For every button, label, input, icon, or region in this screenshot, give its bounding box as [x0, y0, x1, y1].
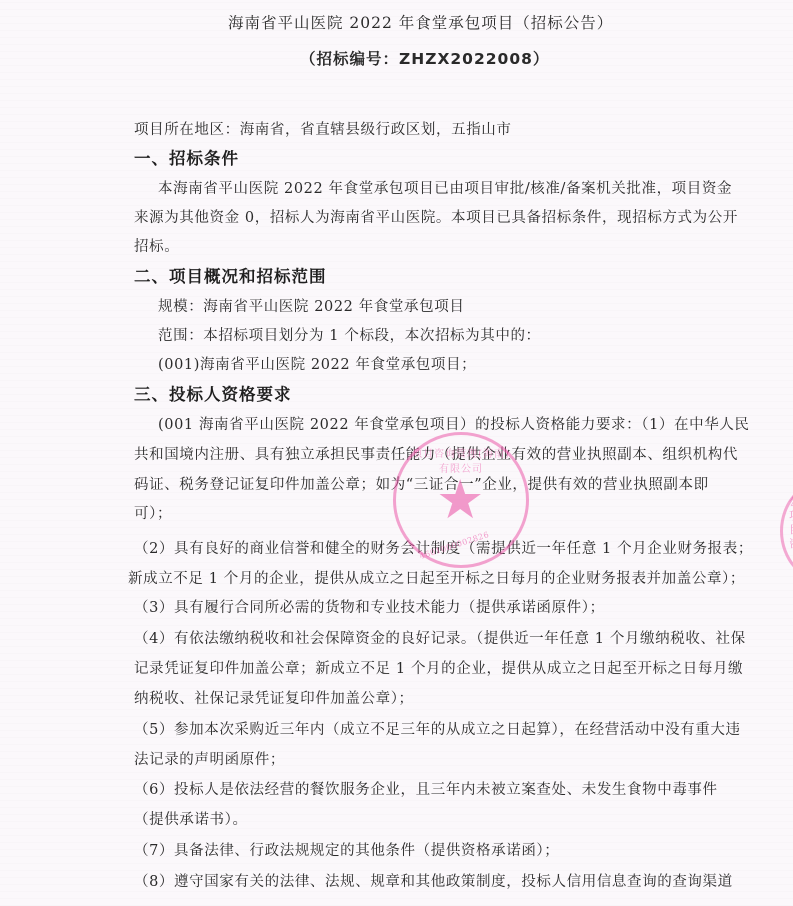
- section-3-line: 码证、税务登记证复印件加盖公章；如为“三证合一”企业，提供有效的营业执照副本即: [134, 476, 709, 494]
- section-3-line: （8）遵守国家有关的法律、法规、规章和其他政策制度，投标人信用信息查询的查询渠道: [134, 873, 733, 891]
- section-3-line: 新成立不足 1 个月的企业，提供从成立之日起至开标之日每月的企业财务报表并加盖公…: [128, 570, 745, 588]
- project-region: 项目所在地区：海南省，省直辖县级行政区划，五指山市: [134, 121, 512, 139]
- section-heading-bidder-qualifications: 三、投标人资格要求: [134, 386, 292, 404]
- section-3-line: （5）参加本次采购近三年内（成立不足三年的从成立之日起算），在经营活动中没有重大…: [134, 721, 741, 739]
- section-1-line: 本海南省平山医院 2022 年食堂承包项目已由项目审批/核准/备案机关批准，项目…: [158, 180, 732, 198]
- section-1-line: 招标。: [134, 238, 179, 256]
- section-3-line: 纳税收、社保记录凭证复印件加盖公章）；: [134, 690, 414, 708]
- bid-number: （招标编号：ZHZX2022008）: [300, 50, 549, 68]
- section-3-line: （2）具有良好的商业信誉和健全的财务会计制度（需提供近一年任意 1 个月企业财务…: [134, 540, 753, 558]
- section-1-line: 来源为其他资金 0，招标人为海南省平山医院。本项目已具备招标条件，现招标方式为公…: [134, 209, 738, 227]
- section-2-line: 范围：本招标项目划分为 1 个标段，本次招标为其中的：: [158, 327, 541, 345]
- section-3-line: （6）投标人是依法经营的餐饮服务企业，且三年内未被立案查处、未发生食物中毒事件: [134, 781, 718, 799]
- document-page: 海南省平山医院 2022 年食堂承包项目（招标公告） （招标编号：ZHZX202…: [0, 0, 793, 906]
- section-3-line: 可）；: [134, 505, 172, 523]
- document-title: 海南省平山医院 2022 年食堂承包项目（招标公告）: [228, 14, 613, 32]
- section-2-line: 规模：海南省平山医院 2022 年食堂承包项目: [158, 298, 464, 316]
- section-3-line: (001 海南省平山医院 2022 年食堂承包项目）的投标人资格能力要求：（1）…: [158, 416, 750, 434]
- section-3-line: （4）有依法缴纳税收和社会保障资金的良好记录。（提供近一年任意 1 个月缴纳税收…: [134, 630, 746, 648]
- section-heading-project-overview: 二、项目概况和招标范围: [134, 268, 327, 286]
- section-3-line: （提供承诺书）。: [134, 811, 248, 829]
- partial-stamp-text: 公项目咨: [789, 495, 793, 551]
- section-2-line: (001)海南省平山医院 2022 年食堂承包项目；: [158, 356, 476, 374]
- section-3-line: （3）具有履行合同所必需的货物和专业技术能力（提供承诺函原件）；: [134, 599, 605, 617]
- section-3-line: （7）具备法律、行政法规规定的其他条件（提供资格承诺函）；: [134, 842, 559, 860]
- section-3-line: 共和国境内注册、具有独立承担民事责任能力（提供企业有效的营业执照副本、组织机构代: [134, 446, 738, 464]
- section-3-line: 法记录的声明函原件；: [134, 751, 285, 769]
- section-3-line: 记录凭证复印件加盖公章；新成立不足 1 个月的企业，提供从成立之日起至开标之日每…: [134, 660, 743, 678]
- partial-seal-stamp: 公项目咨: [780, 478, 793, 584]
- section-heading-bid-conditions: 一、招标条件: [134, 150, 239, 168]
